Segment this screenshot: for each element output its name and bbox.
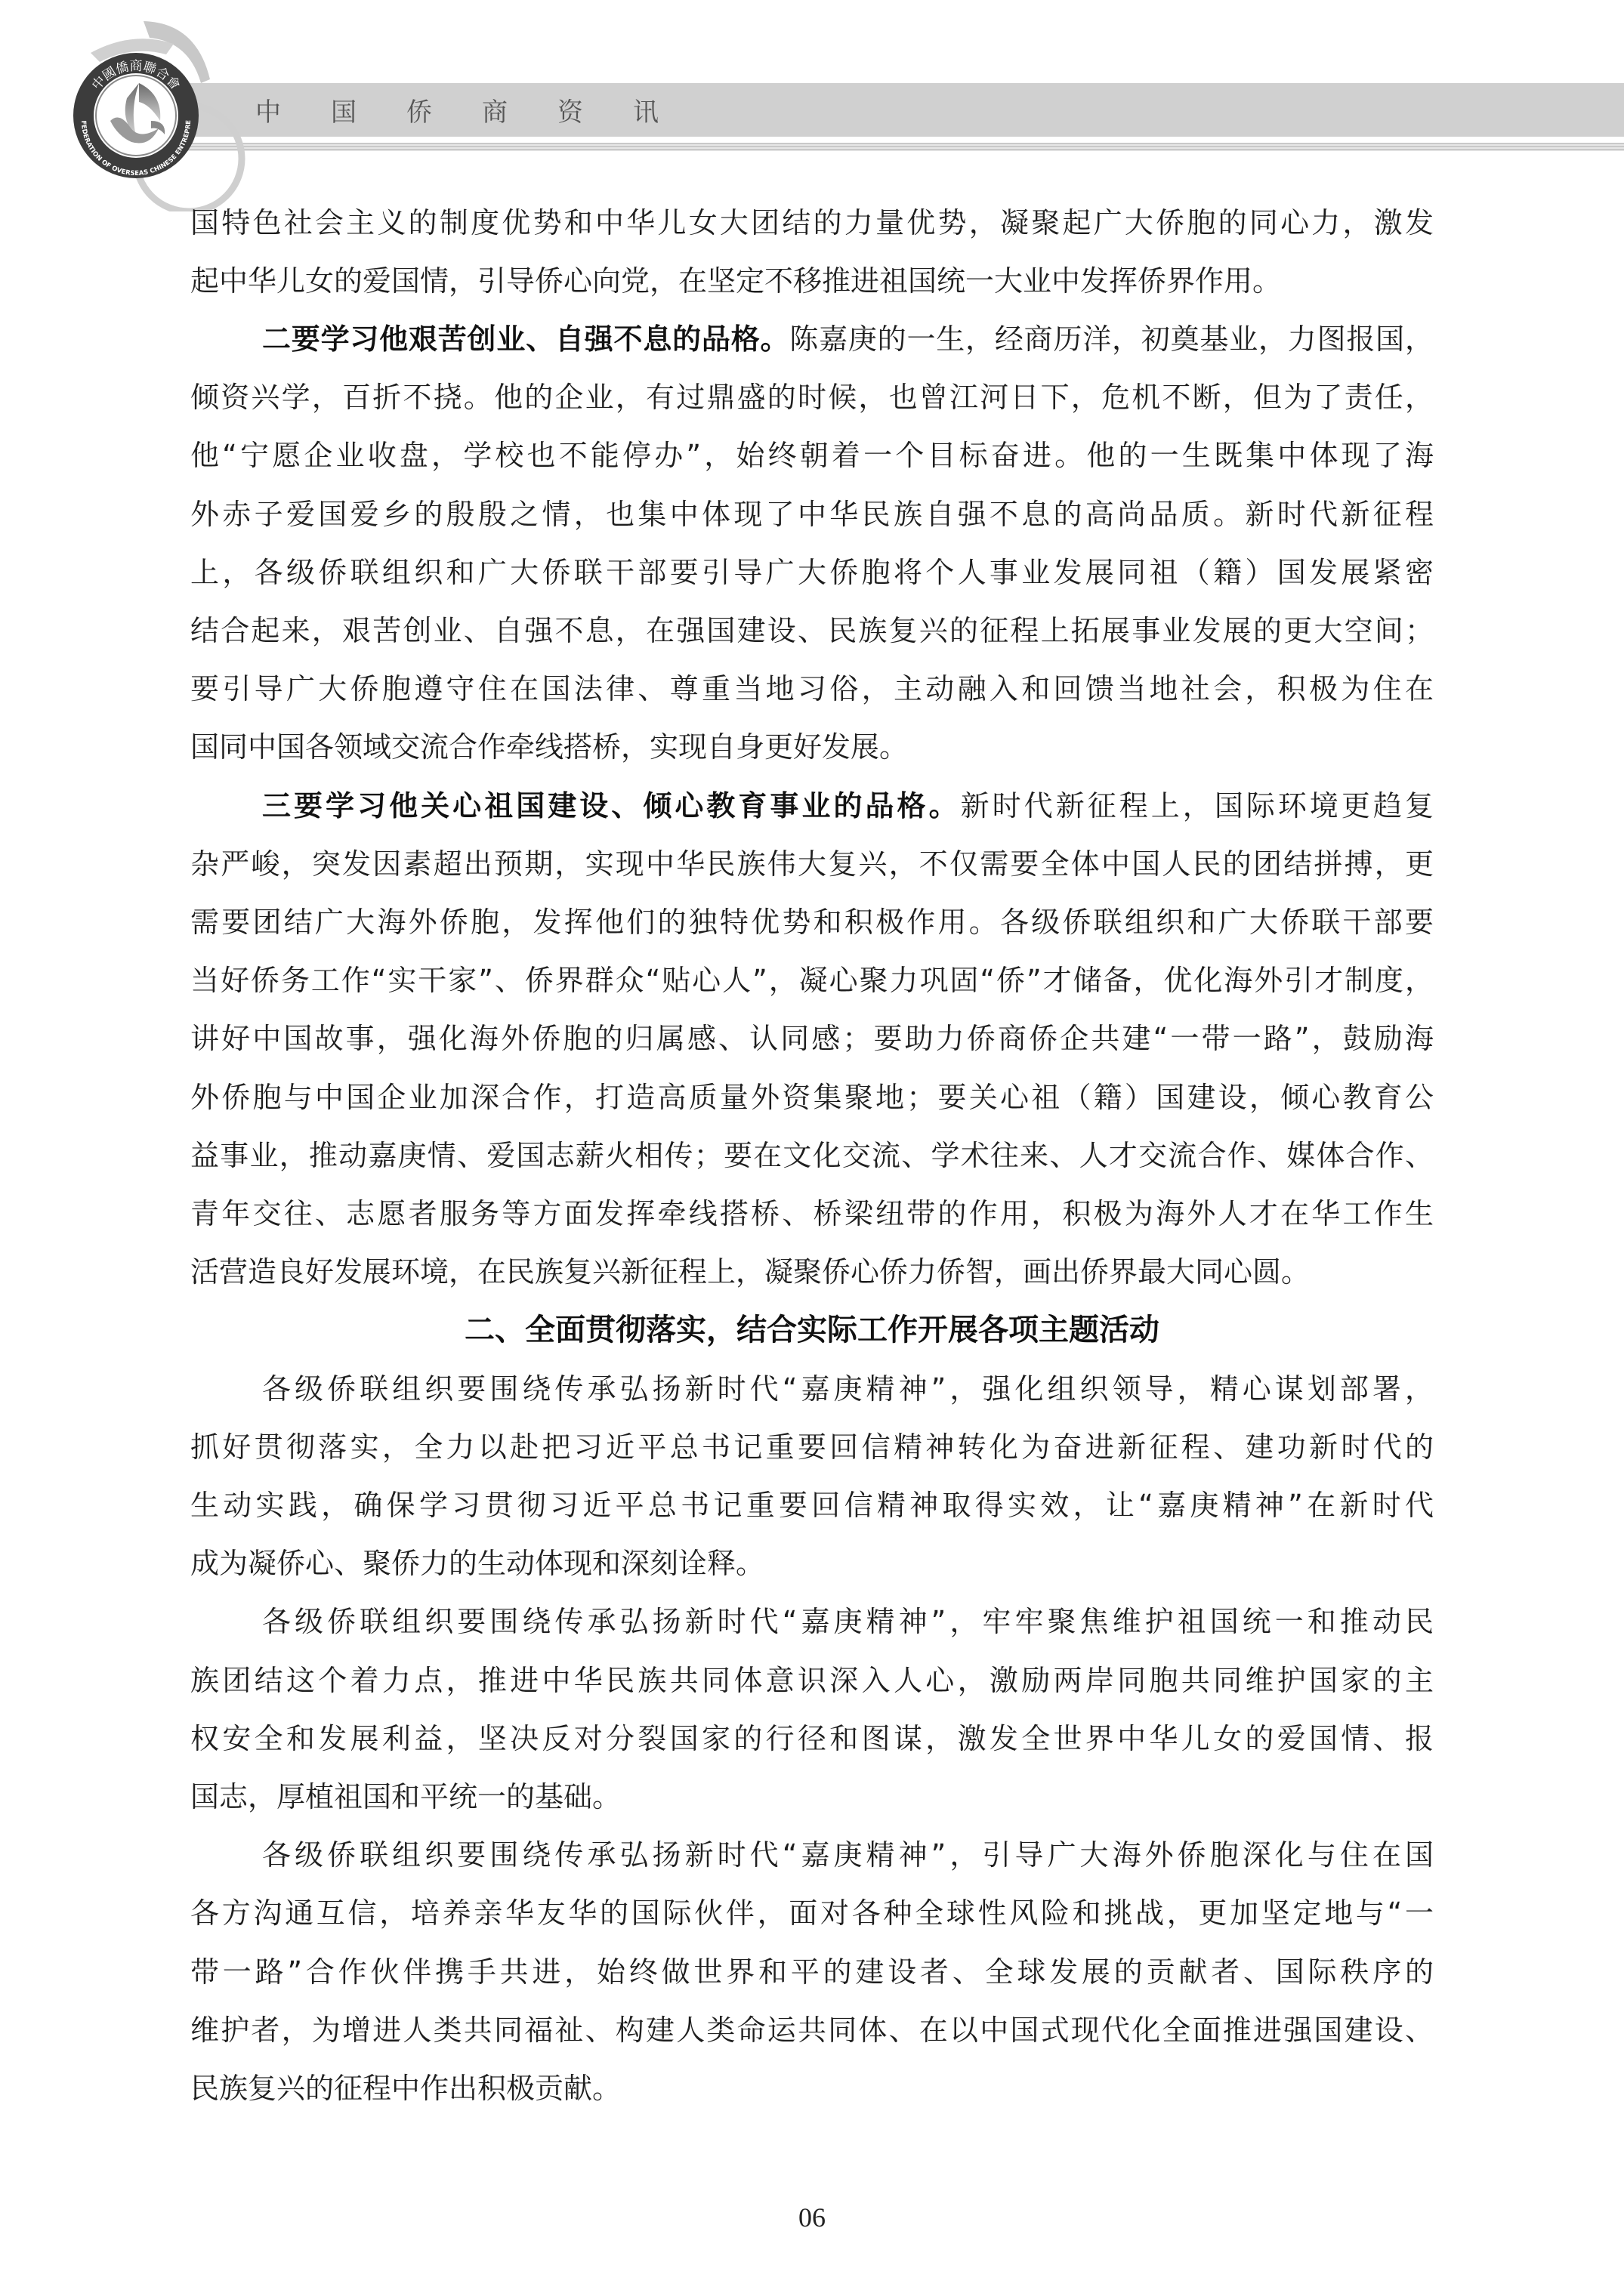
line-text: 维护者，为增进人类共同福祉、构建人类命运共同体、在以中国式现代化全面推进强国建设… — [190, 2014, 1435, 2047]
paragraph-line: 起中华儿女的爱国情，引导侨心向党，在坚定不移推进祖国统一大业中发挥侨界作用。 — [190, 252, 1434, 310]
title-char: 国 — [331, 94, 406, 131]
paragraph-line: 各级侨联组织要围绕传承弘扬新时代“嘉庚精神”，牢牢聚焦维护祖国统一和推动民 — [262, 1593, 1434, 1651]
line-text: 青年交往、志愿者服务等方面发挥牵线搭桥、桥梁纽带的作用，积极为海外人才在华工作生 — [190, 1197, 1436, 1230]
lead-in-bold-text: 三要学习他关心祖国建设、倾心教育事业的品格。 — [262, 789, 961, 822]
paragraph-line: 抓好贯彻落实，全力以赴把习近平总书记重要回信精神转化为奋进新征程、建功新时代的 — [190, 1418, 1434, 1477]
paragraph-line: 需要团结广大海外侨胞，发挥他们的独特优势和积极作用。各级侨联组织和广大侨联干部要 — [190, 893, 1434, 952]
paragraph-line: 各方沟通互信，培养亲华友华的国际伙伴，面对各种全球性风险和挑战，更加坚定地与“一 — [190, 1884, 1434, 1943]
line-text: 民族复兴的征程中作出积极贡献。 — [190, 2072, 621, 2105]
line-text: 外侨胞与中国企业加深合作，打造高质量外资集聚地；要关心祖（籍）国建设，倾心教育公 — [190, 1081, 1436, 1114]
paragraph-line: 当好侨务工作“实干家”、侨界群众“贴心人”，凝心聚力巩固“侨”才储备，优化海外引… — [190, 952, 1434, 1010]
paragraph-line: 权安全和发展利益，坚决反对分裂国家的行径和图谋，激发全世界中华儿女的爱国情、报 — [190, 1710, 1434, 1768]
paragraph-line: 族团结这个着力点，推进中华民族共同体意识深入人心，激励两岸同胞共同维护国家的主 — [190, 1652, 1434, 1710]
line-text: 各级侨联组织要围绕传承弘扬新时代“嘉庚精神”，引导广大海外侨胞深化与住在国 — [262, 1838, 1437, 1872]
line-text: 各级侨联组织要围绕传承弘扬新时代“嘉庚精神”，强化组织领导，精心谋划部署， — [262, 1372, 1437, 1406]
paragraph-line: 各级侨联组织要围绕传承弘扬新时代“嘉庚精神”，引导广大海外侨胞深化与住在国 — [262, 1826, 1434, 1884]
paragraph-line: 益事业，推动嘉庚情、爱国志薪火相传；要在文化交流、学术往来、人才交流合作、媒体合… — [190, 1127, 1434, 1185]
line-text: 陈嘉庚的一生，经商历洋，初奠基业，力图报国， — [789, 323, 1434, 356]
line-text: 族团结这个着力点，推进中华民族共同体意识深入人心，激励两岸同胞共同维护国家的主 — [190, 1664, 1437, 1697]
title-char: 商 — [482, 94, 557, 131]
line-text: 他“宁愿企业收盘，学校也不能停办”，始终朝着一个目标奋进。他的一生既集中体现了海 — [190, 439, 1437, 472]
line-text: 起中华儿女的爱国情，引导侨心向党，在坚定不移推进祖国统一大业中发挥侨界作用。 — [190, 264, 1281, 298]
line-text: 活营造良好发展环境，在民族复兴新征程上，凝聚侨心侨力侨智，画出侨界最大同心圆。 — [190, 1255, 1310, 1288]
line-text: 权安全和发展利益，坚决反对分裂国家的行径和图谋，激发全世界中华儿女的爱国情、报 — [190, 1722, 1437, 1755]
paragraph-line: 杂严峻，突发因素超出预期，实现中华民族伟大复兴，不仅需要全体中国人民的团结拼搏，… — [190, 835, 1434, 893]
paragraph-line: 活营造良好发展环境，在民族复兴新征程上，凝聚侨心侨力侨智，画出侨界最大同心圆。 — [190, 1243, 1434, 1301]
line-text: 各级侨联组织要围绕传承弘扬新时代“嘉庚精神”，牢牢聚焦维护祖国统一和推动民 — [262, 1605, 1437, 1638]
title-char: 资 — [557, 94, 633, 131]
paragraph-line: 要引导广大侨胞遵守住在国法律、尊重当地习俗，主动融入和回馈当地社会，积极为住在 — [190, 660, 1434, 718]
line-text: 讲好中国故事，强化海外侨胞的归属感、认同感；要助力侨商侨企共建“一带一路”，鼓励… — [190, 1022, 1436, 1055]
lead-in-bold-text: 二要学习他艰苦创业、自强不息的品格。 — [262, 323, 789, 356]
paragraph-line: 外侨胞与中国企业加深合作，打造高质量外资集聚地；要关心祖（籍）国建设，倾心教育公 — [190, 1069, 1434, 1127]
paragraph-line: 二要学习他艰苦创业、自强不息的品格。陈嘉庚的一生，经商历洋，初奠基业，力图报国， — [262, 310, 1434, 369]
line-text: 成为凝侨心、聚侨力的生动体现和深刻诠释。 — [190, 1547, 764, 1580]
lotus-emblem-icon: 中國僑商聯合會 CHINA FEDERATION OF OVERSEAS CHI… — [60, 8, 264, 211]
line-text: 外赤子爱国爱乡的殷殷之情，也集中体现了中华民族自强不息的高尚品质。新时代新征程 — [190, 498, 1437, 531]
line-text: 上，各级侨联组织和广大侨联干部要引导广大侨胞将个人事业发展同祖（籍）国发展紧密 — [190, 556, 1437, 589]
paragraph-line: 维护者，为增进人类共同福祉、构建人类命运共同体、在以中国式现代化全面推进强国建设… — [190, 2001, 1434, 2060]
line-text: 国特色社会主义的制度优势和中华儿女大团结的力量优势，凝聚起广大侨胞的同心力，激发 — [190, 206, 1436, 239]
paragraph-line: 结合起来，艰苦创业、自强不息，在强国建设、民族复兴的征程上拓展事业发展的更大空间… — [190, 602, 1434, 660]
paragraph-line: 国志，厚植祖国和平统一的基础。 — [190, 1768, 1434, 1826]
paragraph-line: 带一路”合作伙伴携手共进，始终做世界和平的建设者、全球发展的贡献者、国际秩序的 — [190, 1943, 1434, 2001]
line-text: 各方沟通互信，培养亲华友华的国际伙伴，面对各种全球性风险和挑战，更加坚定地与“一 — [190, 1896, 1437, 1930]
paragraph-line: 国同中国各领域交流合作牵线搭桥，实现自身更好发展。 — [190, 718, 1434, 776]
line-text: 要引导广大侨胞遵守住在国法律、尊重当地习俗，主动融入和回馈当地社会，积极为住在 — [190, 672, 1437, 705]
title-char: 讯 — [633, 94, 709, 131]
paragraph-line: 民族复兴的征程中作出积极贡献。 — [190, 2060, 1434, 2118]
paragraph-line: 生动实践，确保学习贯彻习近平总书记重要回信精神取得实效，让“嘉庚精神”在新时代 — [190, 1477, 1434, 1535]
line-text: 新时代新征程上，国际环境更趋复 — [961, 789, 1437, 822]
paragraph-line: 青年交往、志愿者服务等方面发挥牵线搭桥、桥梁纽带的作用，积极为海外人才在华工作生 — [190, 1185, 1434, 1243]
federation-logo: 中國僑商聯合會 CHINA FEDERATION OF OVERSEAS CHI… — [60, 8, 264, 211]
line-text: 国同中国各领域交流合作牵线搭桥，实现自身更好发展。 — [190, 730, 908, 764]
page-number: 06 — [0, 2202, 1624, 2233]
paragraph-line: 各级侨联组织要围绕传承弘扬新时代“嘉庚精神”，强化组织领导，精心谋划部署， — [262, 1360, 1434, 1418]
paragraph-line: 国特色社会主义的制度优势和中华儿女大团结的力量优势，凝聚起广大侨胞的同心力，激发 — [190, 194, 1434, 252]
line-text: 倾资兴学，百折不挠。他的企业，有过鼎盛的时候，也曾江河日下，危机不断，但为了责任… — [190, 381, 1435, 414]
publication-title: 中 国 侨 商 资 讯 — [255, 94, 709, 131]
paragraph-line: 上，各级侨联组织和广大侨联干部要引导广大侨胞将个人事业发展同祖（籍）国发展紧密 — [190, 544, 1434, 602]
paragraph-line: 成为凝侨心、聚侨力的生动体现和深刻诠释。 — [190, 1535, 1434, 1593]
title-char: 侨 — [406, 94, 482, 131]
paragraph-line: 他“宁愿企业收盘，学校也不能停办”，始终朝着一个目标奋进。他的一生既集中体现了海 — [190, 427, 1434, 485]
paragraph-line: 三要学习他关心祖国建设、倾心教育事业的品格。新时代新征程上，国际环境更趋复 — [262, 777, 1434, 835]
line-text: 杂严峻，突发因素超出预期，实现中华民族伟大复兴，不仅需要全体中国人民的团结拼搏，… — [190, 847, 1435, 881]
section-heading: 二、全面贯彻落实，结合实际工作开展各项主题活动 — [190, 1301, 1434, 1359]
paragraph-line: 外赤子爱国爱乡的殷殷之情，也集中体现了中华民族自强不息的高尚品质。新时代新征程 — [190, 486, 1434, 544]
line-text: 当好侨务工作“实干家”、侨界群众“贴心人”，凝心聚力巩固“侨”才储备，优化海外引… — [190, 964, 1435, 997]
paragraph-line: 讲好中国故事，强化海外侨胞的归属感、认同感；要助力侨商侨企共建“一带一路”，鼓励… — [190, 1010, 1434, 1068]
line-text: 需要团结广大海外侨胞，发挥他们的独特优势和积极作用。各级侨联组织和广大侨联干部要 — [190, 906, 1436, 939]
paragraph-line: 倾资兴学，百折不挠。他的企业，有过鼎盛的时候，也曾江河日下，危机不断，但为了责任… — [190, 369, 1434, 427]
header-stripe-divider — [162, 143, 1624, 151]
line-text: 带一路”合作伙伴携手共进，始终做世界和平的建设者、全球发展的贡献者、国际秩序的 — [190, 1955, 1437, 1989]
line-text: 生动实践，确保学习贯彻习近平总书记重要回信精神取得实效，让“嘉庚精神”在新时代 — [190, 1489, 1437, 1522]
title-char: 中 — [255, 94, 331, 131]
line-text: 结合起来，艰苦创业、自强不息，在强国建设、民族复兴的征程上拓展事业发展的更大空间… — [190, 614, 1435, 647]
line-text: 益事业，推动嘉庚情、爱国志薪火相传；要在文化交流、学术往来、人才交流合作、媒体合… — [190, 1139, 1434, 1172]
line-text: 抓好贯彻落实，全力以赴把习近平总书记重要回信精神转化为奋进新征程、建功新时代的 — [190, 1430, 1437, 1464]
line-text: 国志，厚植祖国和平统一的基础。 — [190, 1780, 621, 1813]
